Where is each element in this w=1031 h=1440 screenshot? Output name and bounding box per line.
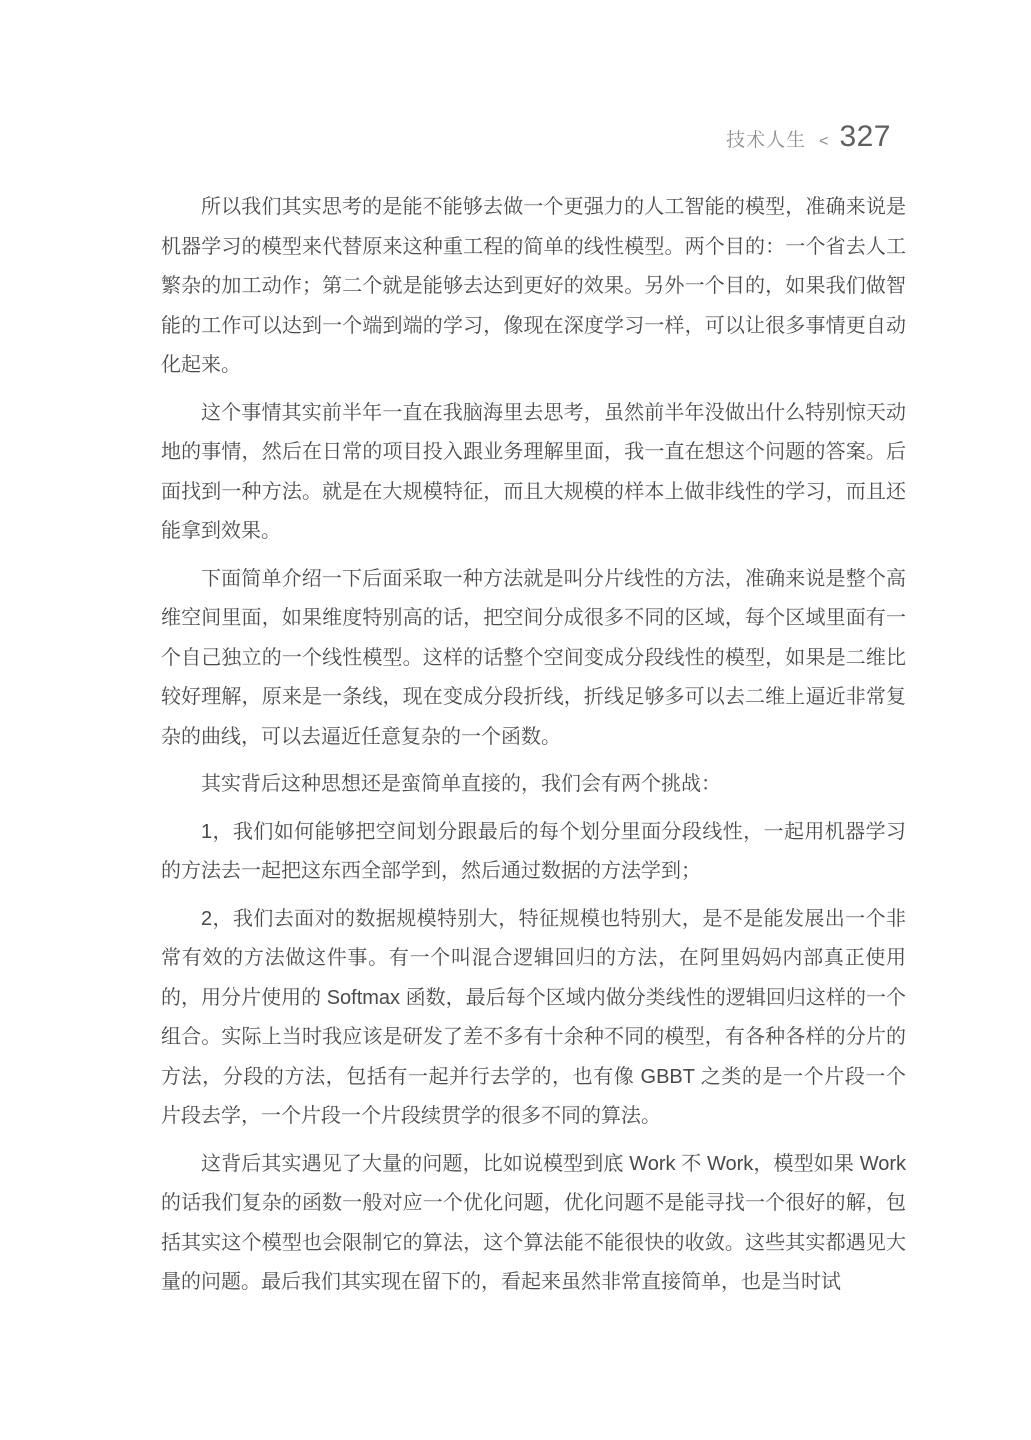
page-number: 327: [839, 120, 891, 154]
book-page: 技术人生 < 327 所以我们其实思考的是能不能够去做一个更强力的人工智能的模型…: [0, 0, 1031, 1440]
paragraph-7: 这背后其实遇见了大量的问题，比如说模型到底 Work 不 Work，模型如果 W…: [161, 1145, 906, 1303]
paragraph-4: 其实背后这种思想还是蛮简单直接的，我们会有两个挑战：: [161, 765, 906, 805]
paragraph-2: 这个事情其实前半年一直在我脑海里去思考，虽然前半年没做出什么特别惊天动地的事情，…: [161, 394, 906, 552]
paragraph-3: 下面简单介绍一下后面采取一种方法就是叫分片线性的方法，准确来说是整个高维空间里面…: [161, 560, 906, 758]
paragraph-6-numbered-item-2: 2，我们去面对的数据规模特别大，特征规模也特别大，是不是能发展出一个非常有效的方…: [161, 900, 906, 1137]
paragraph-5-numbered-item-1: 1，我们如何能够把空间划分跟最后的每个划分里面分段线性，一起用机器学习的方法去一…: [161, 813, 906, 892]
section-title: 技术人生: [726, 125, 806, 152]
header-separator: <: [819, 133, 828, 151]
paragraph-1: 所以我们其实思考的是能不能够去做一个更强力的人工智能的模型，准确来说是机器学习的…: [161, 188, 906, 386]
page-content: 所以我们其实思考的是能不能够去做一个更强力的人工智能的模型，准确来说是机器学习的…: [161, 188, 906, 1311]
running-header: 技术人生 < 327: [161, 120, 891, 154]
